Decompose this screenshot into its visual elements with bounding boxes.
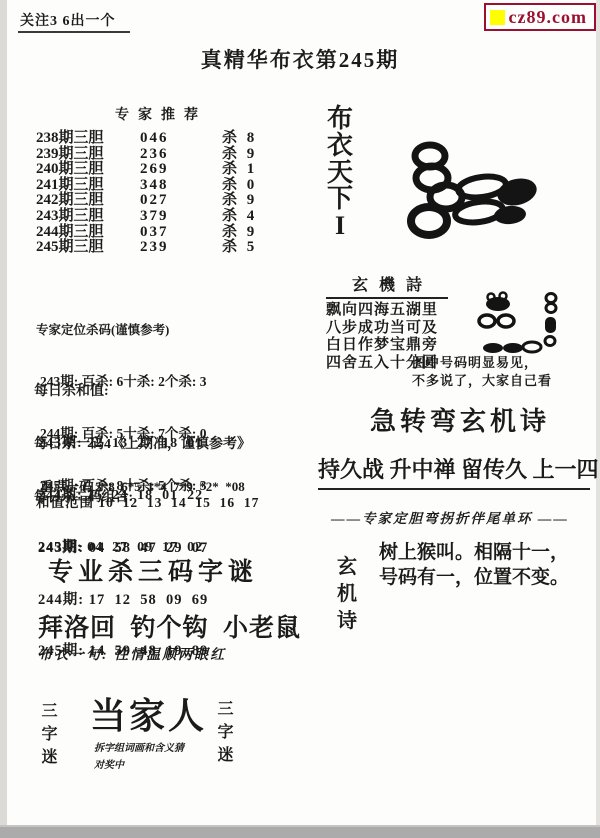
- expert-code: 046: [140, 131, 196, 147]
- number-blobs-illustration: [398, 140, 538, 240]
- bottom-xuanji-line1: 树上猴叫。相隔十一，: [379, 540, 584, 565]
- poem-note-line2: 不多说了，大家自己看: [412, 372, 552, 390]
- expert-code: 037: [140, 225, 196, 241]
- xuanji-poem-line: 飘向四海五湖里: [326, 302, 448, 320]
- expert-code: 348: [140, 178, 196, 194]
- three-char-label-right: 三字迷: [216, 698, 235, 768]
- daily-one-kill-row: 244期: 17 12 58 09 69: [34, 593, 251, 609]
- scan-edge-bottom: [0, 825, 600, 838]
- scan-edge-right: [596, 0, 600, 838]
- three-char-riddle-section: 三字迷 当家人 拆字组词画和含义猜 对奖中 三字迷: [38, 688, 288, 798]
- page-title: 真精华布衣第245期: [0, 44, 600, 74]
- expert-period: 242期三胆: [36, 193, 140, 209]
- three-char-note: 拆字组词画和含义猜 对奖中: [94, 740, 184, 774]
- expert-row: 240期三胆 269 杀 1: [36, 162, 288, 178]
- expert-kill: 杀 9: [222, 193, 257, 209]
- sharp-turn-poem-line: 持久战 升中禅 留传久 上一四: [318, 453, 590, 490]
- kill-three-riddle-line: 拜洛回 钓个钩 小老鼠: [38, 608, 301, 644]
- expert-row: 242期三胆 027 杀 9: [36, 193, 288, 209]
- expert-row: 245期三胆 239 杀 5: [36, 240, 288, 256]
- poem-note-line1: 图中号码明显易见，: [412, 354, 552, 372]
- expert-recommend-title: 专家推荐: [66, 104, 256, 124]
- expert-period: 240期三胆: [36, 162, 140, 178]
- three-char-answer: 当家人: [90, 688, 207, 739]
- expert-recommend-section: 专家推荐 238期三胆 046 杀 8 239期三胆 236 杀 9 240期三…: [36, 104, 288, 256]
- expert-period: 239期三胆: [36, 147, 140, 163]
- daily-one-kill-title: 每日杀一码4《上期准，谨慎参考》: [34, 436, 251, 453]
- scan-edge-left: [0, 0, 7, 838]
- top-focus-note: 关注3 6出一个: [18, 10, 130, 33]
- logo-text: cz89.com: [509, 7, 587, 28]
- poem-note: 图中号码明显易见， 不多说了，大家自己看: [412, 354, 552, 390]
- xuanji-poem-line: 八步成功当可及: [326, 320, 448, 338]
- scanned-lottery-sheet: 关注3 6出一个 cz89.com 真精华布衣第245期 专家推荐 238期三胆…: [0, 0, 600, 838]
- expert-code: 239: [140, 240, 196, 256]
- expert-kill: 杀 5: [222, 240, 257, 256]
- three-char-note-line1: 拆字组词画和含义猜: [94, 740, 184, 757]
- ink-marks-illustration: [466, 290, 566, 358]
- expert-kill: 杀 8: [222, 131, 257, 147]
- expert-kill: 杀 1: [222, 162, 257, 178]
- expert-row: 238期三胆 046 杀 8: [36, 131, 288, 147]
- expert-code: 269: [140, 162, 196, 178]
- site-logo: cz89.com: [484, 3, 596, 31]
- expert-code: 027: [140, 193, 196, 209]
- logo-yellow-square-icon: [490, 10, 505, 25]
- sum-range-line: 和值范围 10 12 13 14 15 16 17: [36, 491, 259, 511]
- expert-period: 244期三胆: [36, 225, 140, 241]
- bottom-xuanji-lines: 树上猴叫。相隔十一， 号码有一，位置不变。: [379, 540, 584, 590]
- expert-period: 238期三胆: [36, 131, 140, 147]
- bottom-xuanji-vertical-label: 玄机诗: [335, 554, 359, 635]
- buyi-sentence: 布衣一句: 性情温顺两眼红: [38, 644, 226, 664]
- expert-kill: 杀 4: [222, 209, 257, 225]
- expert-code: 379: [140, 209, 196, 225]
- three-char-note-line2: 对奖中: [94, 757, 184, 774]
- buyi-tianxia-vertical-title: 布衣天下I: [324, 106, 356, 240]
- expert-row: 244期三胆 037 杀 9: [36, 225, 288, 241]
- expert-kill: 杀 9: [222, 147, 257, 163]
- expert-period: 243期三胆: [36, 209, 140, 225]
- xuanji-poem-line: 白日作梦宝鼎旁: [326, 337, 448, 355]
- expert-row: 239期三胆 236 杀 9: [36, 147, 288, 163]
- expert-kill: 杀 9: [222, 225, 257, 241]
- bottom-xuanji-line2: 号码有一，位置不变。: [379, 565, 584, 590]
- daily-sum-kill-title: 每日杀和值:: [34, 383, 203, 400]
- expert-period: 245期三胆: [36, 240, 140, 256]
- expert-code: 236: [140, 147, 196, 163]
- bottom-xuanji-section: 玄机诗 树上猴叫。相隔十一， 号码有一，位置不变。: [335, 540, 585, 650]
- expert-dan-divider: ——专家定胆弯拐折伴尾单环 ——: [330, 507, 570, 527]
- three-char-label-left: 三字迷: [40, 700, 59, 770]
- sharp-turn-poem-title: 急转弯玄机诗: [340, 401, 580, 438]
- expert-row: 243期三胆 379 杀 4: [36, 209, 288, 225]
- kill-three-riddle-title: 专业杀三码字谜: [48, 552, 258, 588]
- xuanji-poem-title: 玄機詩: [326, 272, 448, 299]
- position-kill-title: 专家定位杀码(谨慎参考): [36, 323, 206, 338]
